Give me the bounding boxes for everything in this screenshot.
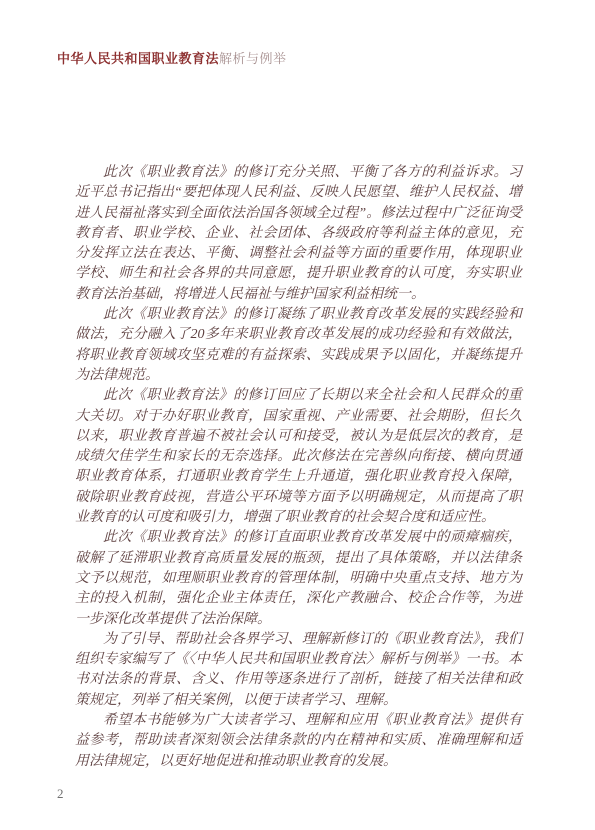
paragraph: 此次《职业教育法》的修订凝练了职业教育改革发展的实践经验和做法，充分融入了20多…	[75, 305, 522, 386]
page-header: 中华人民共和国职业教育法解析与例举	[57, 48, 287, 67]
header-title-main: 中华人民共和国职业教育法	[57, 51, 219, 66]
paragraph: 此次《职业教育法》的修订充分关照、平衡了各方的利益诉求。习近平总书记指出“要把体…	[75, 163, 522, 305]
book-page: 中华人民共和国职业教育法解析与例举 此次《职业教育法》的修订充分关照、平衡了各方…	[0, 0, 595, 830]
body-text: 此次《职业教育法》的修订充分关照、平衡了各方的利益诉求。习近平总书记指出“要把体…	[75, 163, 522, 772]
page-number: 2	[57, 786, 64, 802]
paragraph: 此次《职业教育法》的修订回应了长期以来全社会和人民群众的重大关切。对于办好职业教…	[75, 386, 522, 528]
paragraph: 希望本书能够为广大读者学习、理解和应用《职业教育法》提供有益参考，帮助读者深刻领…	[75, 711, 522, 772]
paragraph: 为了引导、帮助社会各界学习、理解新修订的《职业教育法》，我们组织专家编写了《〈中…	[75, 630, 522, 711]
paragraph: 此次《职业教育法》的修订直面职业教育改革发展中的顽瘴痼疾，破解了延滞职业教育高质…	[75, 528, 522, 629]
header-title-subtitle: 解析与例举	[219, 51, 287, 66]
